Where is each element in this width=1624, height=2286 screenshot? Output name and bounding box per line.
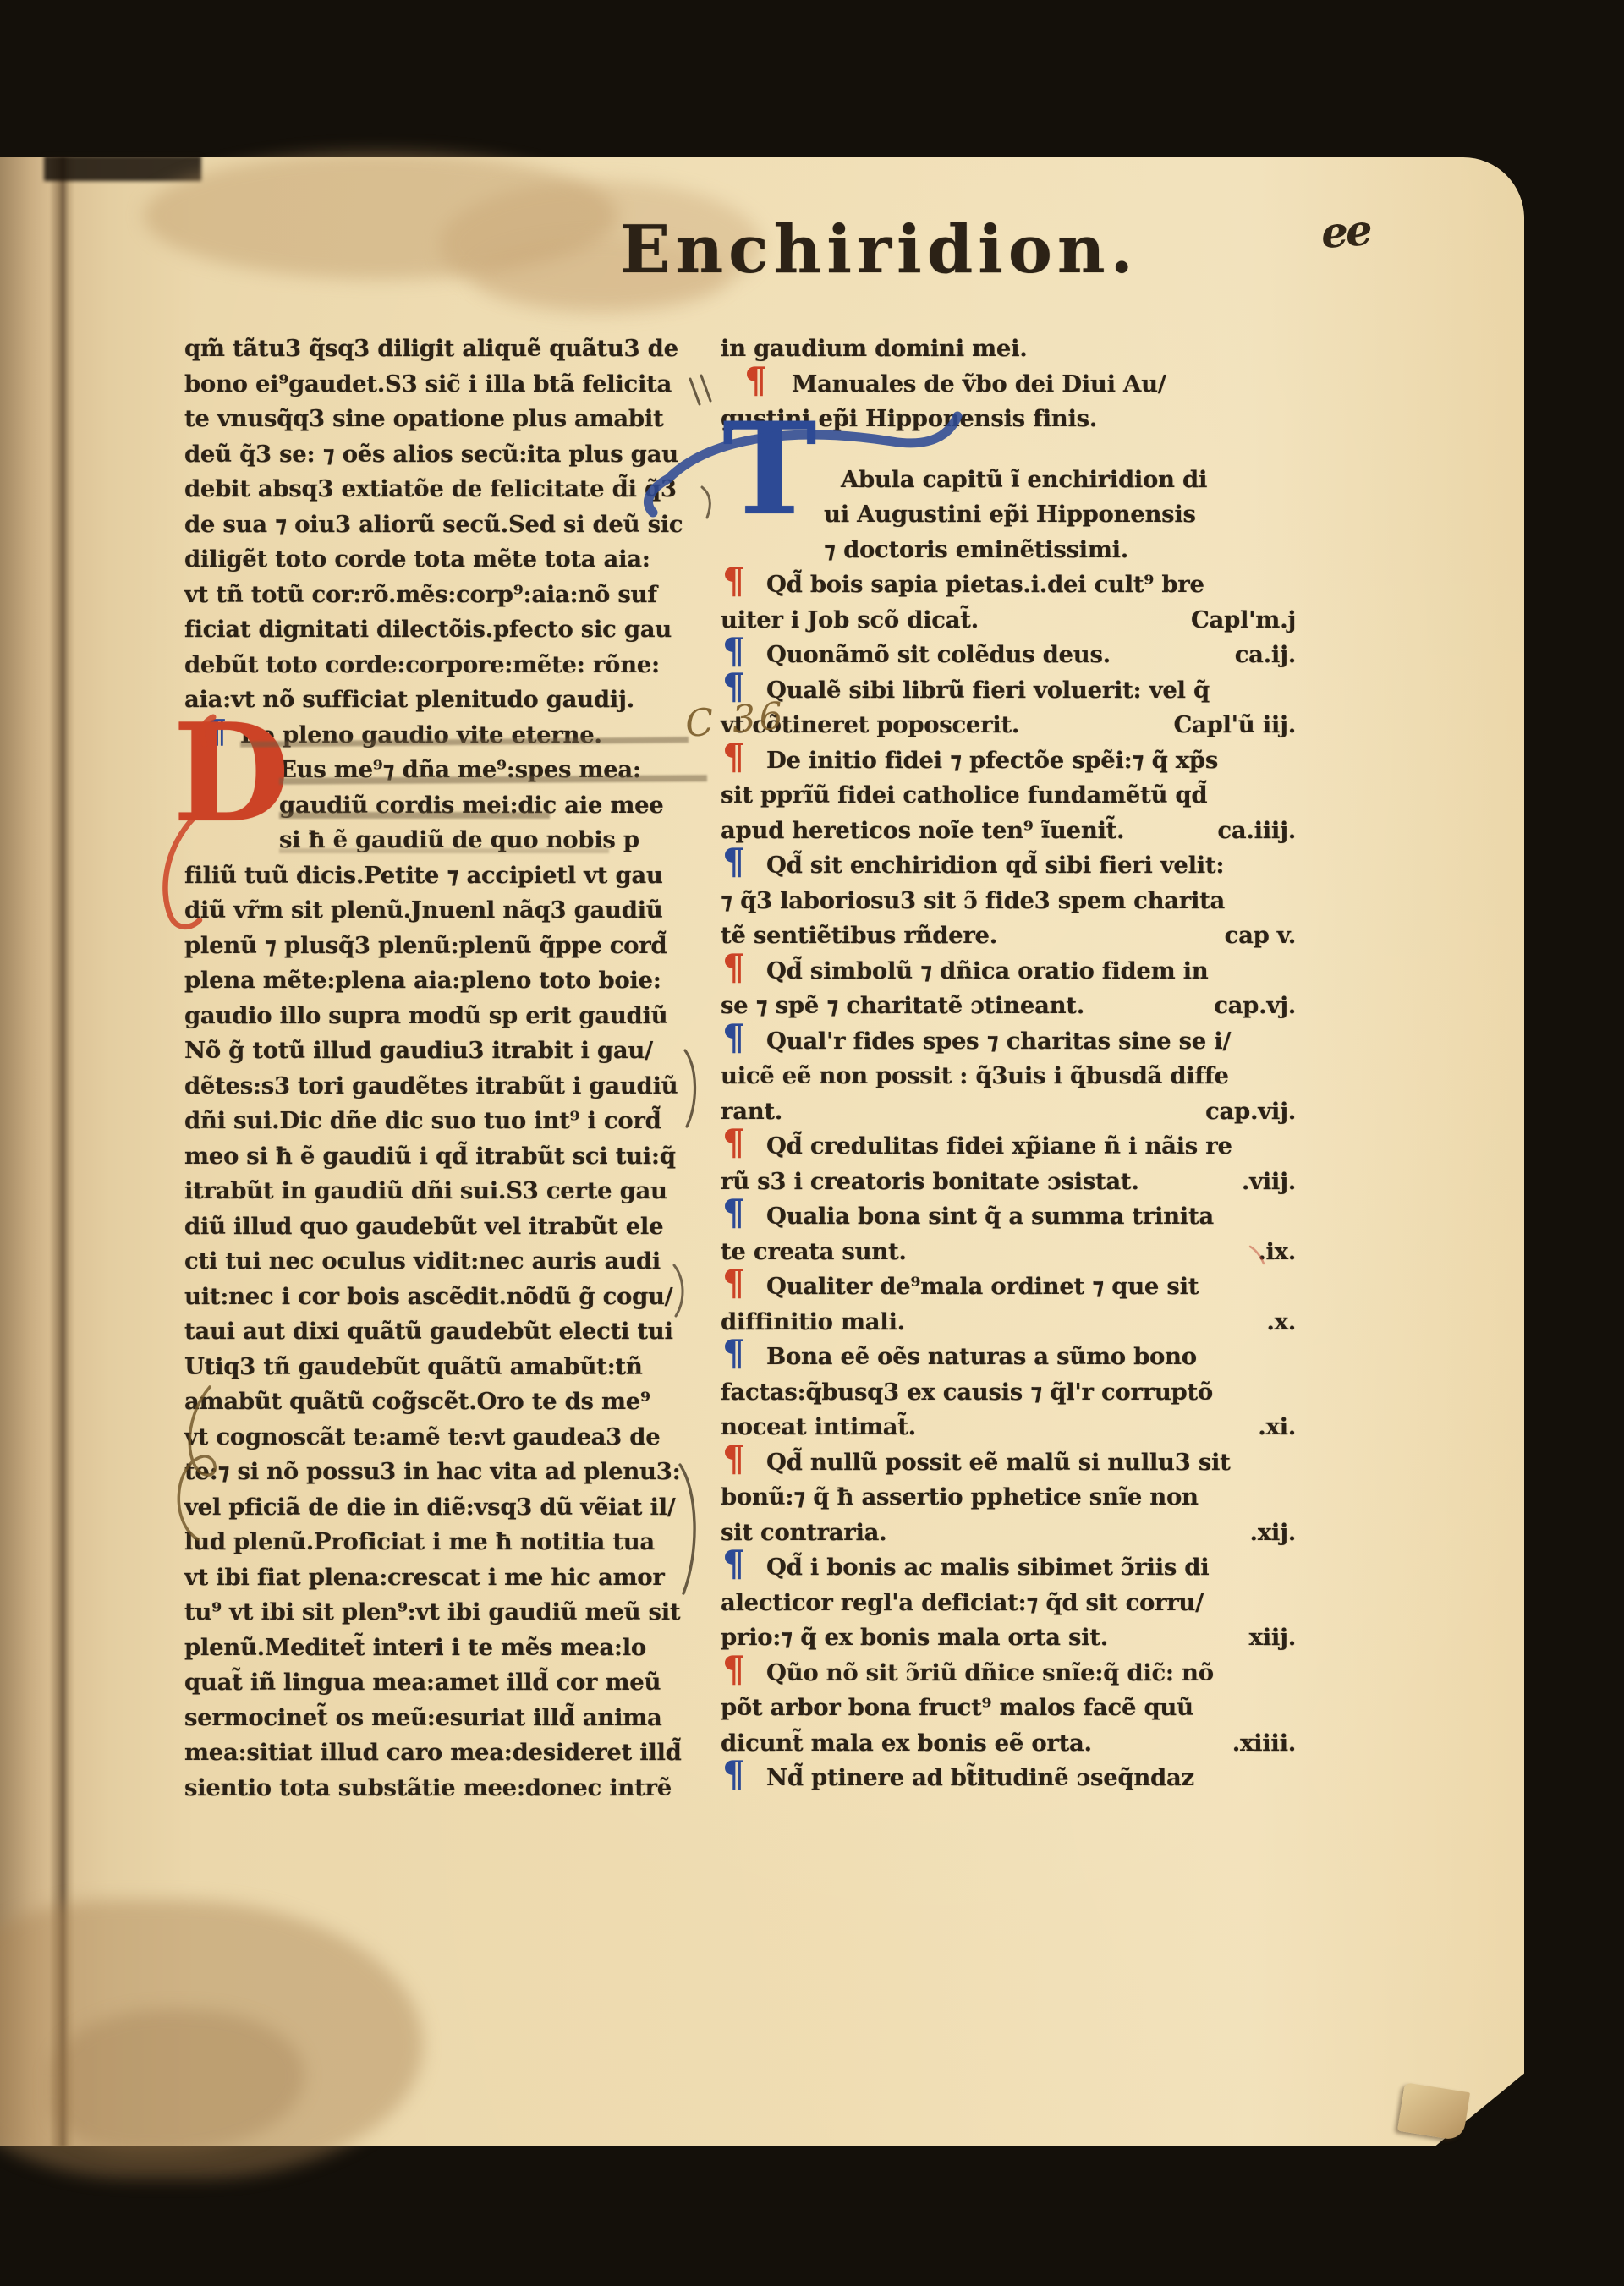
paper-stain: [144, 152, 617, 279]
text-line: Qd̃ bois sapia pietas.i.dei cult⁹ bre: [766, 567, 1204, 603]
text-line: te:⁊ si nõ possu3 in hac vita ad plenu3:: [184, 1455, 680, 1490]
text-line: uiter i Job scõ dicat̃.: [721, 603, 979, 639]
text-line: dẽtes:s3 tori gaudẽtes itrabũt i gaudiũ: [184, 1069, 678, 1105]
chapter-entry: ¶De initio fidei ⁊ pfectõe spẽi:⁊ q̃ xp̃…: [721, 743, 1296, 849]
chapter-line: ¶Qũo nõ sit ɔ̃riũ dñice snĩe:q̃ dic̃: nõ: [721, 1656, 1296, 1691]
text-line: gaudiũ cordis mei:dic aie mee: [184, 788, 707, 824]
chapter-line: te creata sunt..ix.: [721, 1235, 1296, 1270]
text-line: quat̃ iñ lingua mea:amet illd̃ cor meũ: [184, 1665, 707, 1701]
text-line: filiũ tuũ dicis.Petite ⁊ accipietl vt ga…: [184, 858, 663, 894]
text-line: de sua ⁊ oiu3 aliorũ secũ.Sed si deũ sic: [184, 507, 707, 543]
text-line: plenũ ⁊ plusq̃3 plenũ:plenũ q̃ppe cord̃: [184, 929, 707, 964]
text-line: filiũ tuũ dicis.Petite ⁊ accipietl vt ga…: [184, 858, 707, 894]
text-line: vt ibi fiat plena:crescat i me hic amor: [184, 1560, 665, 1596]
chapter-line: rũ s3 i creatoris bonitate ɔsistat..viij…: [721, 1165, 1296, 1200]
text-line: vt tñ totũ cor:rõ.mẽs:corp⁹:aia:nõ suf: [184, 578, 707, 613]
chapter-line: noceat intimat̃..xi.: [721, 1410, 1296, 1445]
text-line: vt cognoscãt te:amẽ te:vt gaudea3 de: [184, 1420, 660, 1455]
chapter-entry: ¶Bona eẽ oẽs naturas a sũmo bonofactas:q…: [721, 1340, 1296, 1445]
chapter-ref: Capl'm.j: [1191, 603, 1296, 639]
chapter-entry: ¶Qual'r fides spes ⁊ charitas sine se i/…: [721, 1024, 1296, 1130]
text-line: Qualia bona sint q̃ a summa trinita: [766, 1199, 1214, 1235]
text-line: gustini ep̃i Hipponensis finis.: [721, 402, 1097, 437]
text-line: sientio tota substãtie mee:donec intrẽ: [184, 1771, 672, 1806]
handwritten-chapter-note: C 36: [683, 694, 788, 746]
text-line: deũ q̃3 se: ⁊ oẽs alios secũ:ita plus ga…: [184, 437, 707, 473]
chapter-line: sit pprĩũ fidei catholice fundamẽtũ qd̃: [721, 778, 1296, 814]
explicit-line: ¶ Manuales de ṽbo dei Diui Au/: [721, 367, 1296, 403]
text-line: noceat intimat̃.: [721, 1410, 916, 1445]
text-line: sit contraria.: [721, 1516, 886, 1551]
continuation-paragraph: qm̃ tãtu3 q̃sq3 diligit aliquẽ quãtu3 de…: [184, 332, 707, 718]
text-line: vel pficiã de die in diẽ:vsq3 dũ vẽiat i…: [184, 1490, 676, 1526]
text-line: De initio fidei ⁊ pfectõe spẽi:⁊ q̃ xp̃s: [766, 743, 1218, 779]
chapter-ref: ca.ij.: [1235, 638, 1296, 673]
text-line: Qd̃ i bonis ac malis sibimet ɔ̃riis di: [766, 1550, 1209, 1586]
right-text-column: in gaudium domini mei. ¶ Manuales de ṽbo…: [721, 332, 1296, 1796]
chapter-line: ¶De initio fidei ⁊ pfectõe spẽi:⁊ q̃ xp̃…: [721, 743, 1296, 779]
text-line: Nõ g̃ totũ illud gaudiu3 itrabit i gau/: [184, 1033, 653, 1069]
chapter-line: ¶Qualia bona sint q̃ a summa trinita: [721, 1199, 1296, 1235]
chapter-line: tẽ sentiẽtibus rñdere.cap v.: [721, 918, 1296, 954]
text-line: Utiq3 tñ gaudebũt quãtũ amabũt:tñ: [184, 1350, 707, 1385]
text-line: Qd̃ sit enchiridion qd̃ sibi fieri velit…: [766, 848, 1224, 884]
pilcrow-mark: ¶: [722, 739, 745, 775]
chapter-line: apud hereticos noĩe ten⁹ ĩuenit̃.ca.iiij…: [721, 814, 1296, 849]
text-line: dicunt̃ mala ex bonis eẽ orta.: [721, 1726, 1092, 1762]
text-line: Qd̃ nullũ possit eẽ malũ si nullu3 sit: [766, 1445, 1231, 1481]
text-line: vt cognoscãt te:amẽ te:vt gaudea3 de: [184, 1420, 707, 1455]
pilcrow-mark: ¶: [722, 1757, 745, 1792]
chapter-line: vt cõtineret poposcerit.Capl'ũ iij.: [721, 708, 1296, 743]
text-line: dẽtes:s3 tori gaudẽtes itrabũt i gaudiũ: [184, 1069, 707, 1105]
text-line: dñi sui.Dic dñe dic suo tuo int⁹ i cord̃: [184, 1104, 707, 1139]
text-line: Nõ g̃ totũ illud gaudiu3 itrabit i gau/: [184, 1033, 707, 1069]
text-line: Bona eẽ oẽs naturas a sũmo bono: [766, 1340, 1197, 1375]
pilcrow-mark: ¶: [722, 563, 745, 599]
text-line: cti tui nec oculus vidit:nec auris audi: [184, 1244, 661, 1280]
text-line: diffinitio mali.: [721, 1305, 905, 1340]
pilcrow-mark: ¶: [722, 1265, 745, 1301]
chapter-ref: Capl'ũ iij.: [1174, 708, 1297, 743]
prayer-opening-lines: Eus me⁹⁊ dña me⁹:spes mea:gaudiũ cordis …: [184, 753, 707, 858]
pilcrow-mark: ¶: [206, 715, 227, 748]
text-line: mea:sitiat illud caro mea:desideret illd…: [184, 1735, 682, 1771]
chapter-line: ¶Qd̃ i bonis ac malis sibimet ɔ̃riis di: [721, 1550, 1296, 1586]
text-line: sit pprĩũ fidei catholice fundamẽtũ qd̃: [721, 778, 1207, 814]
text-line: Abula capitũ ĩ enchiridion di: [721, 463, 1296, 498]
chapter-entry: ¶Qd̃ nullũ possit eẽ malũ si nullu3 sitb…: [721, 1445, 1296, 1551]
text-line: ficiat dignitati dilectõis.pfecto sic ga…: [184, 612, 707, 648]
text-line: tẽ sentiẽtibus rñdere.: [721, 918, 997, 954]
pilcrow-mark: ¶: [722, 1652, 745, 1687]
text-line: aia:vt nõ sufficiat plenitudo gaudij.: [184, 683, 707, 718]
pilcrow-mark: ¶: [722, 1125, 745, 1160]
chapter-line: diffinitio mali..x.: [721, 1305, 1296, 1340]
text-line: bonũ:⁊ q̃ ħ assertio pphetice snĩe non: [721, 1480, 1199, 1516]
text-line: Manuales de ṽbo dei Diui Au/: [792, 367, 1166, 403]
gutter-crease: [49, 157, 74, 2146]
binding-edge: [0, 157, 49, 2146]
chapter-ref: cap.vj.: [1214, 989, 1296, 1024]
chapter-line: uiter i Job scõ dicat̃.Capl'm.j: [721, 603, 1296, 639]
explicit-line: gustini ep̃i Hipponensis finis.: [721, 402, 1296, 437]
text-line: itrabũt in gaudiũ dñi sui.S3 certe gau: [184, 1174, 667, 1209]
chapter-ref: .xi.: [1258, 1410, 1296, 1445]
tabula-heading: Abula capitũ ĩ enchiridion diui Augustin…: [721, 463, 1296, 568]
dog-ear-fold: [1397, 2082, 1470, 2141]
chapter-ref: .xij.: [1250, 1516, 1296, 1551]
text-line: mea:sitiat illud caro mea:desideret illd…: [184, 1735, 707, 1771]
chapter-line: ¶Qualẽ sibi librũ fieri voluerit: vel q̃: [721, 673, 1296, 709]
chapter-line: dicunt̃ mala ex bonis eẽ orta..xiiii.: [721, 1726, 1296, 1762]
text-line: Qual'r fides spes ⁊ charitas sine se i/: [766, 1024, 1231, 1060]
text-line: te creata sunt.: [721, 1235, 907, 1270]
text-line: debit absq3 extiatõe de felicitate d̃i q…: [184, 472, 677, 507]
text-line: uit:nec i cor bois ascẽdit.nõdũ g̃ cogu/: [184, 1280, 707, 1315]
chapter-line: ¶Qd̃ sit enchiridion qd̃ sibi fieri veli…: [721, 848, 1296, 884]
text-line: tu⁹ vt ibi sit plen⁹:vt ibi gaudiũ meũ s…: [184, 1595, 680, 1631]
text-line: prio:⁊ q̃ ex bonis mala orta sit.: [721, 1620, 1108, 1656]
chapter-entry: ¶Qd̃ sit enchiridion qd̃ sibi fieri veli…: [721, 848, 1296, 954]
text-line: vel pficiã de die in diẽ:vsq3 dũ vẽiat i…: [184, 1490, 707, 1526]
section-heading: De pleno gaudio vite eterne.: [240, 718, 602, 754]
text-line: te vnusq̃q3 sine opatione plus amabit: [184, 402, 663, 437]
chapter-ref: cap.vij.: [1205, 1094, 1296, 1130]
text-line: diũ vr̃m sit plenũ.Jnuenl nãq3 gaudiũ: [184, 893, 663, 929]
text-line: de sua ⁊ oiu3 aliorũ secũ.Sed si deũ sic: [184, 507, 683, 543]
text-line: debũt toto corde:corpore:mẽte: rõne:: [184, 648, 660, 683]
text-line: Qd̃ simbolũ ⁊ dñica oratio fidem in: [766, 954, 1209, 990]
chapter-line: sit contraria..xij.: [721, 1516, 1296, 1551]
chapter-ref: xiij.: [1249, 1620, 1296, 1656]
text-line: plenũ.Meditet̃ interi i te mẽs mea:lo: [184, 1631, 707, 1666]
text-line: Qũo nõ sit ɔ̃riũ dñice snĩe:q̃ dic̃: nõ: [766, 1656, 1214, 1691]
text-line: ⁊ doctoris eminẽtissimi.: [824, 533, 1128, 568]
text-line: diũ illud quo gaudebũt vel itrabũt ele: [184, 1209, 663, 1245]
text-line: gaudiũ cordis mei:dic aie mee: [279, 788, 664, 824]
text-line: plena mẽte:plena aia:pleno toto boie:: [184, 963, 707, 999]
chapter-line: bonũ:⁊ q̃ ħ assertio pphetice snĩe non: [721, 1480, 1296, 1516]
text-line: plena mẽte:plena aia:pleno toto boie:: [184, 963, 661, 999]
text-line: vt ibi fiat plena:crescat i me hic amor: [184, 1560, 707, 1596]
blank-gap: [721, 437, 1296, 463]
text-line: amabũt quãtũ cog̃scẽt.Oro te ds me⁹: [184, 1384, 707, 1420]
chapter-ref: .x.: [1266, 1305, 1296, 1340]
text-line: ui Augustini ep̃i Hipponensis: [824, 497, 1196, 533]
text-line: amabũt quãtũ cog̃scẽt.Oro te ds me⁹: [184, 1384, 650, 1420]
carryover-line: in gaudium domini mei.: [721, 332, 1296, 367]
text-line: itrabũt in gaudiũ dñi sui.S3 certe gau: [184, 1174, 707, 1209]
text-line: Abula capitũ ĩ enchiridion di: [841, 463, 1207, 498]
section-heading-line: ¶ De pleno gaudio vite eterne.: [184, 718, 707, 754]
text-line: tu⁹ vt ibi sit plen⁹:vt ibi gaudiũ meũ s…: [184, 1595, 707, 1631]
pilcrow-mark: ¶: [722, 1546, 745, 1582]
pilcrow-mark: ¶: [722, 1441, 745, 1477]
text-line: factas:q̃busq3 ex causis ⁊ q̃l'r corrupt…: [721, 1375, 1213, 1411]
text-line: debit absq3 extiatõe de felicitate d̃i q…: [184, 472, 707, 507]
text-line: qm̃ tãtu3 q̃sq3 diligit aliquẽ quãtu3 de: [184, 332, 707, 367]
pilcrow-mark: ¶: [744, 363, 767, 398]
text-line: sientio tota substãtie mee:donec intrẽ: [184, 1771, 707, 1806]
chapter-ref: .viij.: [1242, 1165, 1296, 1200]
chapter-table: ¶Qd̃ bois sapia pietas.i.dei cult⁹ breui…: [721, 567, 1296, 1796]
chapter-ref: .xiiii.: [1232, 1726, 1296, 1762]
chapter-entry: ¶Qualẽ sibi librũ fieri voluerit: vel q̃…: [721, 673, 1296, 743]
pilcrow-mark: ¶: [722, 633, 745, 669]
chapter-entry: ¶Nd̃ ptinere ad bt̃itudinẽ ɔseq̃ndaz: [721, 1761, 1296, 1796]
text-line: diũ vr̃m sit plenũ.Jnuenl nãq3 gaudiũ: [184, 893, 707, 929]
chapter-line: ¶Nd̃ ptinere ad bt̃itudinẽ ɔseq̃ndaz: [721, 1761, 1296, 1796]
chapter-line: uicẽ eẽ non possit : q̃3uis i q̃busdã di…: [721, 1059, 1296, 1094]
text-line: Qd̃ credulitas fidei xp̃iane ñ i nãis re: [766, 1129, 1232, 1165]
left-text-column: qm̃ tãtu3 q̃sq3 diligit aliquẽ quãtu3 de…: [184, 332, 707, 1806]
text-line: qm̃ tãtu3 q̃sq3 diligit aliquẽ quãtu3 de: [184, 332, 678, 367]
text-line: rũ s3 i creatoris bonitate ɔsistat.: [721, 1165, 1139, 1200]
chapter-line: ¶Qualiter de⁹mala ordinet ⁊ que sit: [721, 1269, 1296, 1305]
text-line: aia:vt nõ sufficiat plenitudo gaudij.: [184, 683, 634, 718]
chapter-line: ¶Qd̃ nullũ possit eẽ malũ si nullu3 sit: [721, 1445, 1296, 1481]
text-line: Utiq3 tñ gaudebũt quãtũ amabũt:tñ: [184, 1350, 643, 1385]
pilcrow-mark: ¶: [722, 844, 745, 880]
text-line: ui Augustini ep̃i Hipponensis: [721, 497, 1296, 533]
text-line: Qualiter de⁹mala ordinet ⁊ que sit: [766, 1269, 1199, 1305]
page-edge-shadow: [44, 156, 201, 181]
handwritten-folio-mark: ee: [1319, 205, 1372, 258]
page-title: Enchiridion.: [620, 211, 1138, 288]
chapter-entry: ¶Qd̃ i bonis ac malis sibimet ɔ̃riis dia…: [721, 1550, 1296, 1656]
text-line: plenũ ⁊ plusq̃3 plenũ:plenũ q̃ppe cord̃: [184, 929, 667, 964]
text-line: põt arbor bona fruct⁹ malos facẽ quũ: [721, 1691, 1193, 1726]
text-line: Qualẽ sibi librũ fieri voluerit: vel q̃: [766, 673, 1210, 709]
text-line: deũ q̃3 se: ⁊ oẽs alios secũ:ita plus ga…: [184, 437, 678, 473]
chapter-ref: .ix.: [1258, 1235, 1296, 1270]
text-line: diũ illud quo gaudebũt vel itrabũt ele: [184, 1209, 707, 1245]
text-line: vt tñ totũ cor:rõ.mẽs:corp⁹:aia:nõ suf: [184, 578, 657, 613]
chapter-line: prio:⁊ q̃ ex bonis mala orta sit.xiij.: [721, 1620, 1296, 1656]
text-line: ⁊ q̃3 laboriosu3 sit ɔ̃ fide3 spem chari…: [721, 884, 1225, 919]
text-line: apud hereticos noĩe ten⁹ ĩuenit̃.: [721, 814, 1124, 849]
chapter-line: factas:q̃busq3 ex causis ⁊ q̃l'r corrupt…: [721, 1375, 1296, 1411]
water-stain: [51, 2009, 304, 2153]
pilcrow-mark: ¶: [722, 950, 745, 985]
pilcrow-mark: ¶: [722, 1195, 745, 1231]
text-line: diligẽt toto corde tota mẽte tota aia:: [184, 542, 707, 578]
chapter-ref: cap v.: [1225, 918, 1296, 954]
chapter-entry: ¶Qualia bona sint q̃ a summa trinitate c…: [721, 1199, 1296, 1269]
text-line: uicẽ eẽ non possit : q̃3uis i q̃busdã di…: [721, 1059, 1229, 1094]
text-line: alecticor regl'a deficiat:⁊ q̃d sit corr…: [721, 1586, 1204, 1621]
text-line: uit:nec i cor bois ascẽdit.nõdũ g̃ cogu/: [184, 1280, 672, 1315]
text-line: meo si ħ ẽ gaudiũ i qd̃ itrabũt sci tui:…: [184, 1139, 707, 1175]
text-line: Eus me⁹⁊ dña me⁹:spes mea:: [279, 753, 641, 788]
chapter-line: ¶Quonãmõ sit colẽdus deus.ca.ij.: [721, 638, 1296, 673]
text-line: gaudio illo supra modũ sp erit gaudiũ: [184, 999, 667, 1034]
text-line: quat̃ iñ lingua mea:amet illd̃ cor meũ: [184, 1665, 661, 1701]
text-line: bono ei⁹gaudet.S3 sic̃ i illa btã felici…: [184, 367, 672, 403]
text-line: diligẽt toto corde tota mẽte tota aia:: [184, 542, 650, 578]
chapter-entry: ¶Qd̃ simbolũ ⁊ dñica oratio fidem inse ⁊…: [721, 954, 1296, 1024]
text-line: cti tui nec oculus vidit:nec auris audi: [184, 1244, 707, 1280]
text-line: plenũ.Meditet̃ interi i te mẽs mea:lo: [184, 1631, 646, 1666]
pilcrow-mark: ¶: [722, 1020, 745, 1055]
chapter-line: põt arbor bona fruct⁹ malos facẽ quũ: [721, 1691, 1296, 1726]
chapter-entry: ¶Quonãmõ sit colẽdus deus.ca.ij.: [721, 638, 1296, 673]
chapter-entry: ¶Qd̃ credulitas fidei xp̃iane ñ i nãis r…: [721, 1129, 1296, 1199]
chapter-entry: ¶Qd̃ bois sapia pietas.i.dei cult⁹ breui…: [721, 567, 1296, 638]
chapter-line: alecticor regl'a deficiat:⁊ q̃d sit corr…: [721, 1586, 1296, 1621]
text-line: sermocinet̃ os meũ:esuriat illd̃ anima: [184, 1701, 662, 1736]
text-line: taui aut dixi quãtũ gaudebũt electi tui: [184, 1314, 673, 1350]
text-line: gaudio illo supra modũ sp erit gaudiũ: [184, 999, 707, 1034]
text-line: ⁊ doctoris eminẽtissimi.: [721, 533, 1296, 568]
chapter-line: ⁊ q̃3 laboriosu3 sit ɔ̃ fide3 spem chari…: [721, 884, 1296, 919]
text-line: lud plenũ.Proficiat i me ħ notitia tua: [184, 1525, 655, 1560]
chapter-line: ¶Qd̃ credulitas fidei xp̃iane ñ i nãis r…: [721, 1129, 1296, 1165]
book-page: ee Enchiridion. qm̃ tãtu3 q̃sq3 diligit …: [0, 157, 1524, 2146]
chapter-line: rant.cap.vij.: [721, 1094, 1296, 1130]
text-line: lud plenũ.Proficiat i me ħ notitia tua: [184, 1525, 707, 1560]
text-line: debũt toto corde:corpore:mẽte: rõne:: [184, 648, 707, 683]
text-line: te:⁊ si nõ possu3 in hac vita ad plenu3:: [184, 1455, 707, 1490]
text-line: Nd̃ ptinere ad bt̃itudinẽ ɔseq̃ndaz: [766, 1761, 1194, 1796]
text-line: bono ei⁹gaudet.S3 sic̃ i illa btã felici…: [184, 367, 707, 403]
text-line: sermocinet̃ os meũ:esuriat illd̃ anima: [184, 1701, 707, 1736]
chapter-ref: ca.iiij.: [1217, 814, 1296, 849]
chapter-entry: ¶Qualiter de⁹mala ordinet ⁊ que sitdiffi…: [721, 1269, 1296, 1340]
chapter-line: ¶Bona eẽ oẽs naturas a sũmo bono: [721, 1340, 1296, 1375]
chapter-line: ¶Qual'r fides spes ⁊ charitas sine se i/: [721, 1024, 1296, 1060]
chapter-line: ¶Qd̃ bois sapia pietas.i.dei cult⁹ bre: [721, 567, 1296, 603]
prayer-body-lines: filiũ tuũ dicis.Petite ⁊ accipietl vt ga…: [184, 858, 707, 1806]
text-line: si ħ ẽ gaudiũ de quo nobis p: [279, 823, 639, 858]
chapter-line: ¶Qd̃ simbolũ ⁊ dñica oratio fidem in: [721, 954, 1296, 990]
text-line: Eus me⁹⁊ dña me⁹:spes mea:: [184, 753, 707, 788]
chapter-line: se ⁊ spẽ ⁊ charitatẽ ɔtineant.cap.vj.: [721, 989, 1296, 1024]
text-line: ficiat dignitati dilectõis.pfecto sic ga…: [184, 612, 672, 648]
text-line: te vnusq̃q3 sine opatione plus amabit: [184, 402, 707, 437]
text-line: se ⁊ spẽ ⁊ charitatẽ ɔtineant.: [721, 989, 1084, 1024]
text-line: meo si ħ ẽ gaudiũ i qd̃ itrabũt sci tui:…: [184, 1139, 676, 1175]
chapter-entry: ¶Qũo nõ sit ɔ̃riũ dñice snĩe:q̃ dic̃: nõ…: [721, 1656, 1296, 1762]
text-line: dñi sui.Dic dñe dic suo tuo int⁹ i cord̃: [184, 1104, 661, 1139]
text-line: taui aut dixi quãtũ gaudebũt electi tui: [184, 1314, 707, 1350]
pilcrow-mark: ¶: [722, 1335, 745, 1371]
text-line: si ħ ẽ gaudiũ de quo nobis p: [184, 823, 707, 858]
text-line: Quonãmõ sit colẽdus deus.: [766, 638, 1111, 673]
